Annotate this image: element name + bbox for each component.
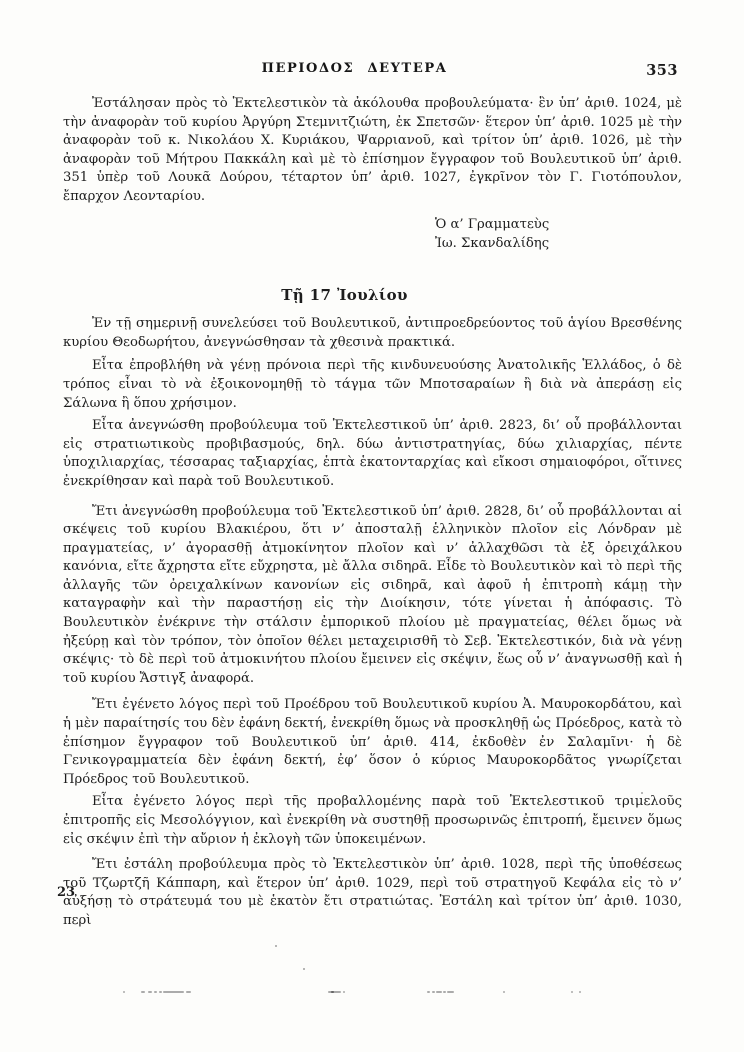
signature-block: Ὁ α’ Γραμματεὺς Ἰω. Σκανδαλίδης — [435, 215, 682, 254]
session-paragraph-2: Εἶτα ἐπροβλήθη νὰ γένῃ πρόνοια περὶ τῆς … — [63, 357, 682, 413]
text-block: Ἐστάλησαν πρὸς τὸ Ἐκτελεστικὸν τὰ ἀκόλου… — [63, 95, 682, 931]
signature-mark: 23 — [57, 885, 75, 900]
session-paragraph-4: Ἔτι ἀνεγνώσθη προβούλευμα τοῦ Ἐκτελεστικ… — [63, 503, 682, 689]
session-paragraph-3: Εἶτα ἀνεγνώσθη προβούλευμα τοῦ Ἐκτελεστι… — [63, 417, 682, 491]
scanned-document-page: ΠΕΡΙΟΔΟΣ ΔΕΥΤΕΡΑ 353 Ἐστάλησαν πρὸς τὸ Ἐ… — [0, 0, 744, 1052]
page-number: 353 — [646, 62, 678, 79]
signature-role: Ὁ α’ Γραμματεὺς — [435, 215, 682, 235]
session-paragraph-7: Ἔτι ἐστάλη προβούλευμα πρὸς τὸ Ἐκτελεστι… — [63, 856, 682, 930]
scan-speck — [303, 968, 305, 970]
scan-speck — [640, 455, 642, 457]
intro-paragraph: Ἐστάλησαν πρὸς τὸ Ἐκτελεστικὸν τὰ ἀκόλου… — [63, 95, 682, 207]
session-paragraph-1: Ἐν τῇ σημερινῇ συνελεύσει τοῦ Βουλευτικο… — [63, 315, 682, 352]
session-paragraph-6: Εἶτα ἐγένετο λόγος περὶ τῆς προβαλλομένη… — [63, 793, 682, 849]
session-heading: Τῇ 17 Ἰουλίου — [35, 286, 654, 305]
scan-artifact-dashes — [0, 991, 744, 994]
scan-speck — [275, 945, 277, 947]
page-header: ΠΕΡΙΟΔΟΣ ΔΕΥΤΕΡΑ 353 — [63, 61, 682, 81]
session-paragraph-5: Ἔτι ἐγένετο λόγος περὶ τοῦ Προέδρου τοῦ … — [63, 696, 682, 789]
scan-speck — [641, 792, 643, 794]
running-title: ΠΕΡΙΟΔΟΣ ΔΕΥΤΕΡΑ — [45, 61, 664, 76]
signature-name: Ἰω. Σκανδαλίδης — [435, 234, 682, 254]
